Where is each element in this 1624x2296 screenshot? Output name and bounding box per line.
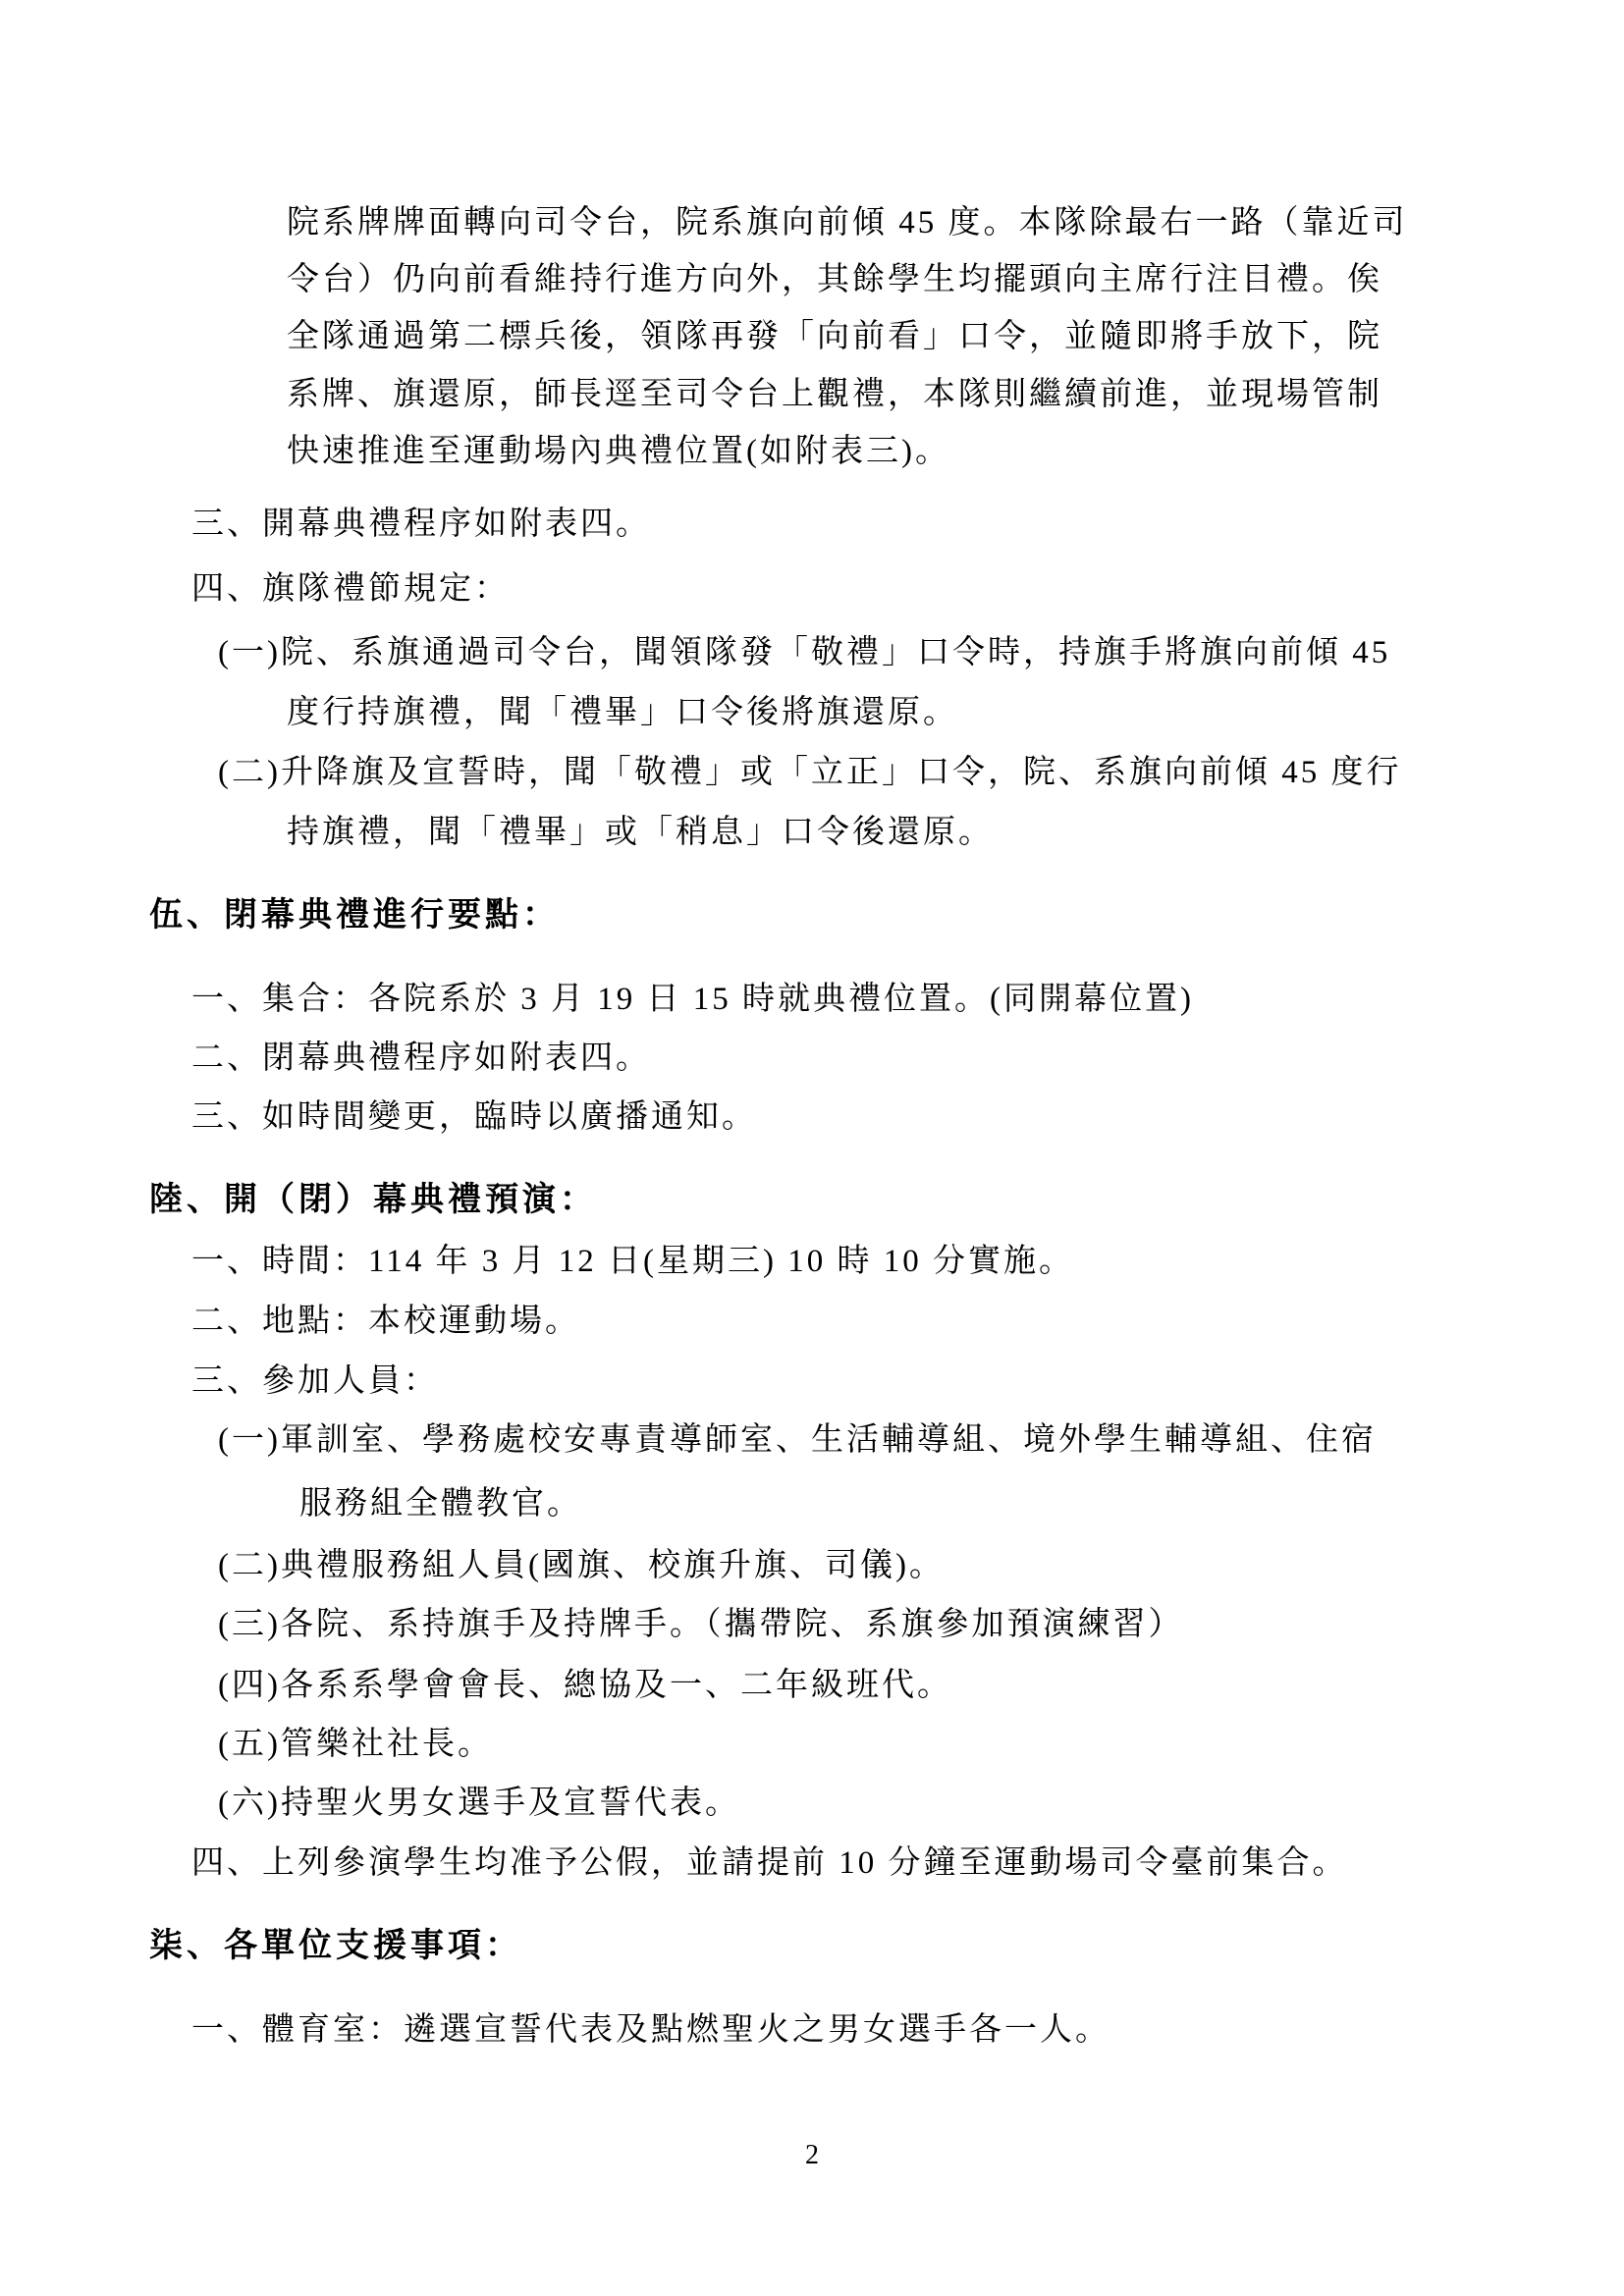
list-item: 三、開幕典禮程序如附表四。 xyxy=(191,505,651,544)
sub-item-continuation: 持旗禮，聞「禮畢」或「稍息」口令後還原。 xyxy=(287,813,994,852)
document-page: 院系牌牌面轉向司令台，院系旗向前傾 45 度。本隊除最右一路（靠近司 令台）仍向… xyxy=(0,0,1624,2296)
sub-item: (三)各院、系持旗手及持牌手。（攜帶院、系旗參加預演練習） xyxy=(218,1605,1183,1644)
paragraph-line: 系牌、旗還原，師長逕至司令台上觀禮，本隊則繼續前進，並現場管制 xyxy=(287,375,1382,414)
sub-item-continuation: 服務組全體教官。 xyxy=(299,1484,582,1523)
sub-item: (二)典禮服務組人員(國旗、校旗升旗、司儀)。 xyxy=(218,1546,945,1585)
sub-item: (二)升降旗及宣誓時，聞「敬禮」或「立正」口令，院、系旗向前傾 45 度行 xyxy=(218,753,1401,792)
sub-item: (一)軍訓室、學務處校安專責導師室、生活輔導組、境外學生輔導組、住宿 xyxy=(218,1420,1377,1460)
list-item: 一、集合：各院系於 3 月 19 日 15 時就典禮位置。(同開幕位置) xyxy=(191,980,1194,1019)
paragraph-line: 快速推進至運動場內典禮位置(如附表三)。 xyxy=(287,432,950,471)
sub-item: (一)院、系旗通過司令台，聞領隊發「敬禮」口令時，持旗手將旗向前傾 45 xyxy=(218,633,1390,672)
list-item: 四、上列參演學生均准予公假，並請提前 10 分鐘至運動場司令臺前集合。 xyxy=(191,1843,1348,1883)
section-heading: 陸、開（閉）幕典禮預演： xyxy=(149,1181,597,1220)
paragraph-line: 全隊通過第二標兵後，領隊再發「向前看」口令，並隨即將手放下，院 xyxy=(287,317,1382,356)
list-item: 一、時間：114 年 3 月 12 日(星期三) 10 時 10 分實施。 xyxy=(191,1242,1074,1281)
page-number: 2 xyxy=(0,2140,1624,2171)
list-item: 四、旗隊禮節規定： xyxy=(191,569,510,609)
sub-item: (五)管樂社社長。 xyxy=(218,1725,493,1764)
list-item: 二、閉幕典禮程序如附表四。 xyxy=(191,1039,651,1078)
sub-item: (六)持聖火男女選手及宣誓代表。 xyxy=(218,1784,740,1823)
sub-item: (四)各系系學會會長、總協及一、二年級班代。 xyxy=(218,1666,952,1705)
paragraph-line: 令台）仍向前看維持行進方向外，其餘學生均擺頭向主席行注目禮。俟 xyxy=(287,260,1382,299)
list-item: 一、體育室：遴選宣誓代表及點燃聖火之男女選手各一人。 xyxy=(191,2010,1110,2050)
sub-item-continuation: 度行持旗禮，聞「禮畢」口令後將旗還原。 xyxy=(287,693,958,732)
section-heading: 伍、閉幕典禮進行要點： xyxy=(149,896,560,935)
list-item: 三、參加人員： xyxy=(191,1362,439,1401)
list-item: 三、如時間變更，臨時以廣播通知。 xyxy=(191,1097,757,1137)
section-heading: 柒、各單位支援事項： xyxy=(149,1927,522,1966)
paragraph-line: 院系牌牌面轉向司令台，院系旗向前傾 45 度。本隊除最右一路（靠近司 xyxy=(287,203,1408,242)
list-item: 二、地點：本校運動場。 xyxy=(191,1302,580,1341)
